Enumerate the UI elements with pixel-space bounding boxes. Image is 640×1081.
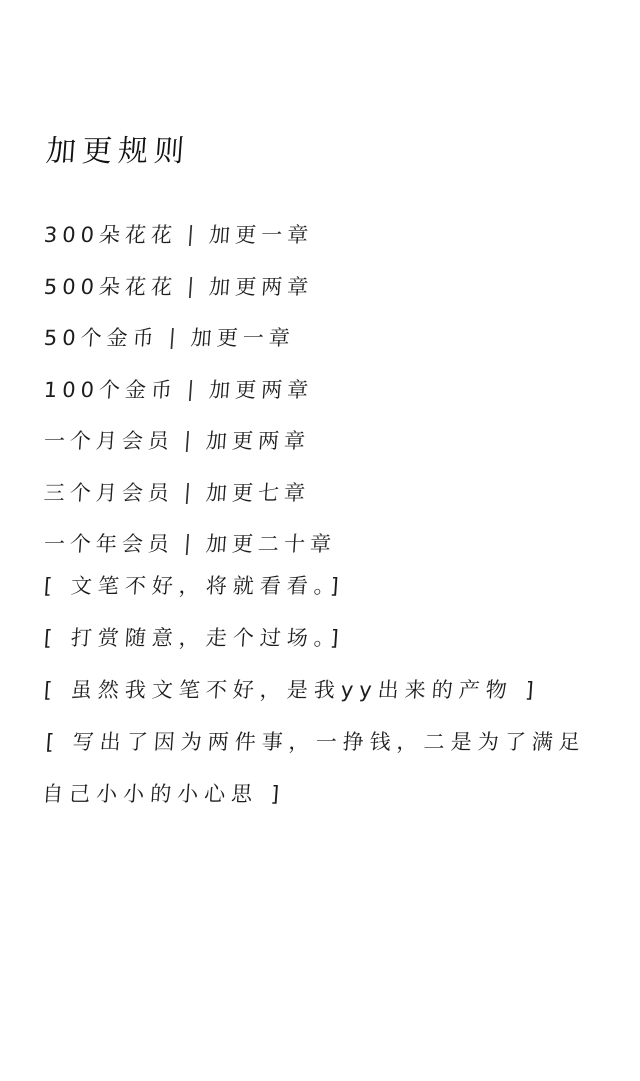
rule-condition: 100个金币 bbox=[43, 373, 178, 403]
note-line: [ 文笔不好，将就看看。] bbox=[42, 560, 616, 612]
note-line: [ 虽然我文笔不好，是我yy出来的产物 ] bbox=[42, 664, 616, 716]
rule-condition: 300朵花花 bbox=[43, 219, 178, 249]
rule-separator: | bbox=[183, 531, 197, 555]
rule-reward: 加更一章 bbox=[208, 219, 314, 249]
rule-separator: | bbox=[186, 222, 200, 246]
page-title: 加更规则 bbox=[45, 132, 192, 172]
rule-item: 一个月会员 | 加更两章 bbox=[42, 414, 606, 466]
rule-separator: | bbox=[168, 325, 182, 349]
rule-condition: 三个月会员 bbox=[43, 476, 175, 506]
rule-separator: | bbox=[183, 479, 197, 503]
rule-condition: 50个金币 bbox=[43, 322, 160, 352]
rule-reward: 加更二十章 bbox=[205, 528, 337, 558]
rule-reward: 加更一章 bbox=[190, 322, 296, 352]
rule-reward: 加更两章 bbox=[208, 270, 314, 300]
bonus-rules-list: 300朵花花 | 加更一章 500朵花花 | 加更两章 50个金币 | 加更一章… bbox=[44, 208, 604, 569]
rule-separator: | bbox=[183, 428, 197, 452]
rule-reward: 加更七章 bbox=[205, 476, 311, 506]
rule-condition: 一个月会员 bbox=[43, 425, 175, 455]
note-line: [ 打赏随意，走个过场。] bbox=[42, 612, 616, 664]
rule-condition: 一个年会员 bbox=[43, 528, 175, 558]
note-line: [ 写出了因为两件事，一挣钱，二是为了满足自己小小的小心思 ] bbox=[40, 716, 607, 820]
rule-separator: | bbox=[186, 273, 200, 297]
rule-item: 50个金币 | 加更一章 bbox=[42, 311, 606, 363]
rule-reward: 加更两章 bbox=[205, 425, 311, 455]
rule-item: 500朵花花 | 加更两章 bbox=[42, 260, 606, 312]
rule-separator: | bbox=[186, 376, 200, 400]
rule-item: 100个金币 | 加更两章 bbox=[42, 363, 606, 415]
author-notes: [ 文笔不好，将就看看。] [ 打赏随意，走个过场。] [ 虽然我文笔不好，是我… bbox=[44, 560, 614, 820]
rule-item: 三个月会员 | 加更七章 bbox=[42, 466, 606, 518]
rule-item: 300朵花花 | 加更一章 bbox=[42, 208, 606, 260]
handwritten-note-page: 加更规则 300朵花花 | 加更一章 500朵花花 | 加更两章 50个金币 |… bbox=[0, 0, 640, 1081]
rule-reward: 加更两章 bbox=[208, 373, 314, 403]
rule-condition: 500朵花花 bbox=[43, 270, 178, 300]
